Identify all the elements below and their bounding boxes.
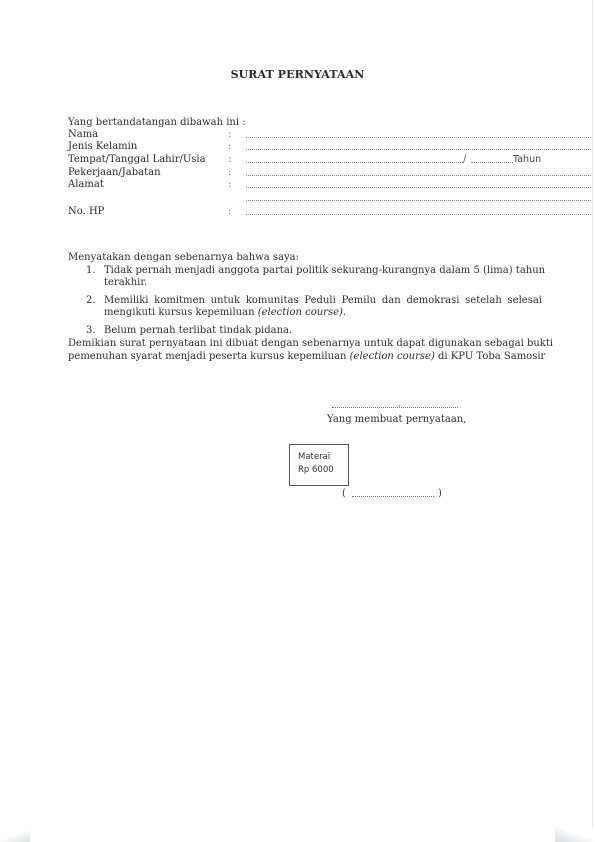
scan-corner-shadow <box>0 830 30 842</box>
stamp-box: Materai Rp 6000 <box>289 444 349 486</box>
statement-intro: Menyatakan dengan sebenarnya bahwa saya: <box>68 252 299 264</box>
field-colon: : <box>228 179 231 191</box>
field-label: Tempat/Tanggal Lahir/Usia <box>68 154 206 166</box>
field-label: Nama <box>68 129 98 141</box>
item-text: mengikuti kursus kepemiluan <box>104 307 258 318</box>
name-fill-line <box>352 496 434 497</box>
fill-in-line <box>246 214 591 215</box>
signer-label: Yang membuat pernyataan, <box>327 414 466 426</box>
field-label: Pekerjaan/Jabatan <box>68 167 161 179</box>
field-no-hp: No. HP : <box>68 206 548 218</box>
item-text-line: Belum pernah terlibat tindak pidana. <box>104 325 542 337</box>
place-date-line <box>332 407 458 408</box>
field-alamat-continued <box>68 192 548 204</box>
field-pekerjaan-jabatan: Pekerjaan/Jabatan : <box>68 167 548 179</box>
field-tempat-tanggal-lahir-usia: Tempat/Tanggal Lahir/Usia : / Tahun <box>68 154 548 166</box>
item-text-line: mengikuti kursus kepemiluan (election co… <box>104 307 542 319</box>
fill-in-line <box>246 187 591 188</box>
fill-in-line <box>246 149 591 150</box>
scanned-page: SURAT PERNYATAAN Yang bertandatangan dib… <box>0 0 595 842</box>
item-number: 2. <box>86 295 96 307</box>
closing-text: di KPU Toba Samosir <box>435 351 545 362</box>
fill-in-line-age <box>471 162 513 163</box>
field-jenis-kelamin: Jenis Kelamin : <box>68 141 548 153</box>
stamp-label: Materai <box>298 451 330 464</box>
item-text-italic: (election course) <box>258 307 343 318</box>
field-label: Alamat <box>68 179 104 191</box>
open-paren: ( <box>342 488 346 500</box>
field-colon: : <box>228 129 231 141</box>
item-number: 3. <box>86 325 96 337</box>
field-alamat: Alamat : <box>68 179 548 191</box>
scan-corner-shadow <box>555 828 595 842</box>
closing-text-italic: (election course) <box>350 351 435 362</box>
age-unit: Tahun <box>513 154 541 166</box>
scan-edge <box>592 0 593 842</box>
field-colon: : <box>228 141 231 153</box>
slash-separator: / <box>463 154 466 166</box>
field-label: Jenis Kelamin <box>68 141 137 153</box>
intro-text: Yang bertandatangan dibawah ini : <box>68 117 246 129</box>
item-text-line: Memiliki komitmen untuk komunitas Peduli… <box>104 295 542 307</box>
field-colon: : <box>228 154 231 166</box>
fill-in-line <box>246 137 591 138</box>
field-label: No. HP <box>68 206 104 218</box>
item-text: . <box>343 307 346 318</box>
fill-in-line <box>246 175 591 176</box>
place-date-comma: , <box>398 399 401 408</box>
field-colon: : <box>228 206 231 218</box>
document-title: SURAT PERNYATAAN <box>0 68 595 81</box>
stamp-value: Rp 6000 <box>298 464 334 477</box>
item-text-line: Tidak pernah menjadi anggota partai poli… <box>104 265 542 277</box>
closing-line: Demikian surat pernyataan ini dibuat den… <box>68 338 542 351</box>
closing-line: pemenuhan syarat menjadi peserta kursus … <box>68 351 542 364</box>
close-paren: ) <box>438 488 442 500</box>
item-text-line: terakhir. <box>104 277 542 289</box>
closing-paragraph: Demikian surat pernyataan ini dibuat den… <box>68 338 542 363</box>
fill-in-line <box>246 162 463 163</box>
field-nama: Nama : <box>68 129 548 141</box>
field-colon: : <box>228 167 231 179</box>
closing-text: pemenuhan syarat menjadi peserta kursus … <box>68 351 350 362</box>
item-number: 1. <box>86 265 96 277</box>
fill-in-line <box>246 200 591 201</box>
